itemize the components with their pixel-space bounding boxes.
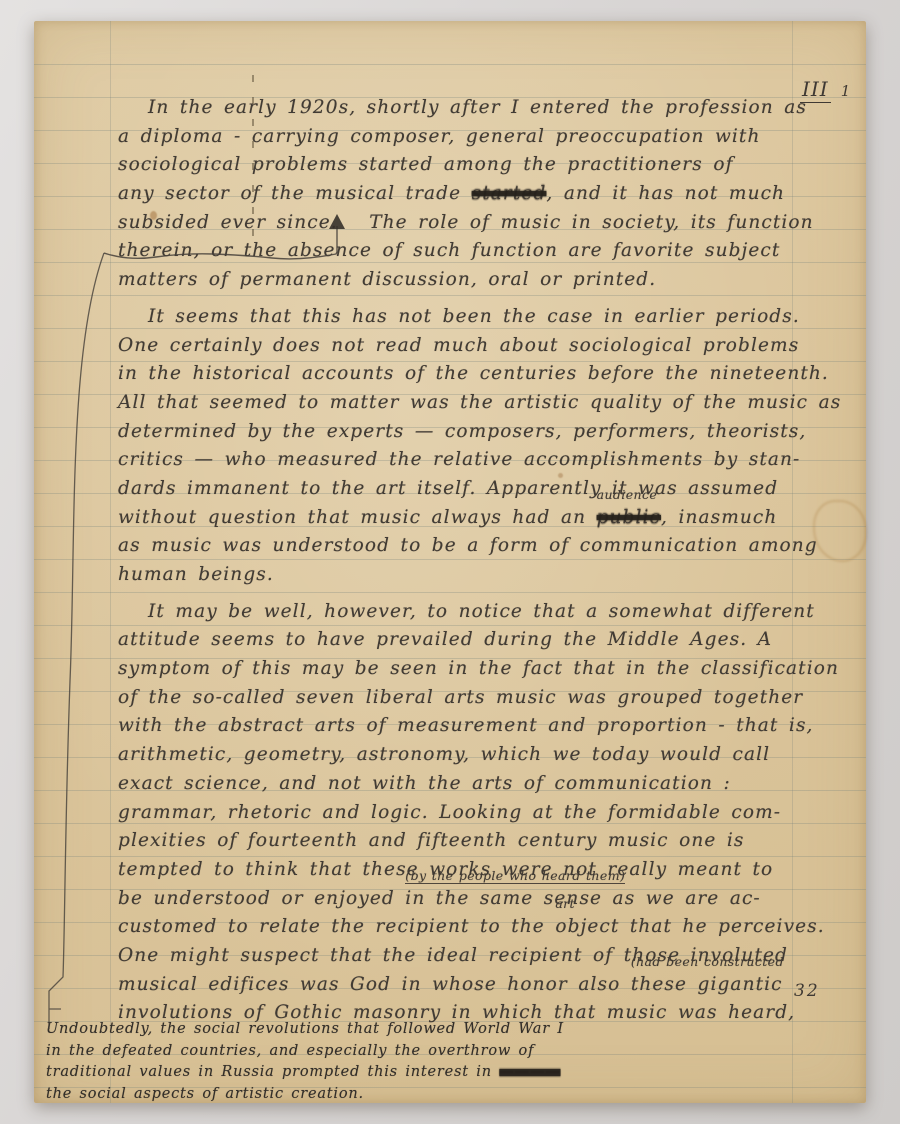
manuscript-line: sociological problems started among the … [118,152,834,181]
text-run: subsided ever since. The role of music i… [118,212,814,233]
text-run: in the same sense as we are ac- [405,888,760,909]
footnote-line: the social aspects of artistic creation. [46,1084,726,1106]
struck-word: started [472,183,547,204]
text-run: be understood or enjoyed [118,888,405,909]
text-run: attitude seems to have prevailed during … [118,629,772,650]
manuscript-line: therein, or the absence of such function… [118,238,834,267]
manuscript-page: III1 In the early 1920s, shortly after I… [34,21,866,1103]
text-run: arithmetic, geometry, astronomy, which w… [118,744,770,765]
text-run: in the historical accounts of the centur… [118,363,829,384]
manuscript-line: any sector of the musical trade started,… [118,181,834,210]
text-run: grammar, rhetoric and logic. Looking at … [118,802,781,823]
manuscript-line: arithmetic, geometry, astronomy, which w… [118,742,834,771]
manuscript-line: In the early 1920s, shortly after I ente… [118,95,834,124]
top-page-numeral: 1 [841,82,852,100]
text-run: In the early 1920s, shortly after I ente… [148,97,807,118]
text-run: these gigantic [631,974,783,995]
manuscript-line: One certainly does not read much about s… [118,333,834,362]
manuscript-line: All that seemed to matter was the artist… [118,390,834,419]
manuscript-footnote: Undoubtedly, the social revolutions that… [46,1019,726,1105]
manuscript-line: dards immanent to the art itself. Appare… [118,476,834,505]
text-run: a diploma - carrying composer, general p… [118,126,760,147]
manuscript-line: without question that music always had a… [118,505,834,534]
scanned-manuscript-screenshot: { "colors": { "ink": "#3f3933", "paper":… [0,0,900,1124]
manuscript-line: with the abstract arts of measurement an… [118,713,834,742]
manuscript-line: grammar, rhetoric and logic. Looking at … [118,800,834,829]
left-margin-rule [110,21,111,1103]
manuscript-line: It may be well, however, to notice that … [118,599,834,628]
text-run: It seems that this has not been the case… [148,306,800,327]
text-run: It may be well, however, to notice that … [148,601,815,622]
text-run: any sector of the musical trade [118,183,472,204]
text-run: customed to relate the recipient to the [118,916,555,937]
text-run: symptom of this may be seen in the fact … [118,658,839,679]
text-run: musical edifices was God in whose honor … [118,974,631,995]
text-run: of the so-called seven liberal arts musi… [118,687,803,708]
manuscript-line: be understood or enjoyed (by the people … [118,886,834,915]
manuscript-line: determined by the experts — composers, p… [118,419,834,448]
text-run: , inasmuch [661,507,777,528]
text-run: human beings. [118,564,274,585]
manuscript-line: plexities of fourteenth and fifteenth ce… [118,828,834,857]
inserted-text: art [555,898,575,910]
footnote-line: Undoubtedly, the social revolutions that… [46,1019,726,1041]
manuscript-line: subsided ever since. The role of music i… [118,210,834,239]
manuscript-line: critics — who measured the relative acco… [118,447,834,476]
manuscript-line: symptom of this may be seen in the fact … [118,656,834,685]
manuscript-line: human beings. [118,562,834,591]
text-run: determined by the experts — composers, p… [118,421,806,442]
manuscript-line: of the so-called seven liberal arts musi… [118,685,834,714]
text-run: in the defeated countries, and especiall… [46,1043,534,1059]
footnote-line: traditional values in Russia prompted th… [46,1062,726,1084]
manuscript-line: It seems that this has not been the case… [118,304,834,333]
text-run: critics — who measured the relative acco… [118,449,800,470]
bottom-page-number: 32 [794,981,820,1001]
text-run: All that seemed to matter was the artist… [118,392,841,413]
manuscript-line: attitude seems to have prevailed during … [118,627,834,656]
manuscript-line: exact science, and not with the arts of … [118,771,834,800]
text-run: plexities of fourteenth and fifteenth ce… [118,830,745,851]
manuscript-line: customed to relate the recipient to the … [118,914,834,943]
inserted-text: (had been constructed [631,956,784,968]
footnote-line: in the defeated countries, and especiall… [46,1041,726,1063]
text-run: , and it has not much [546,183,785,204]
text-run: sociological problems started among the … [118,154,734,175]
text-run: object that he perceives. [555,916,824,937]
text-run: matters of permanent discussion, oral or… [118,269,656,290]
manuscript-line: matters of permanent discussion, oral or… [118,267,834,296]
manuscript-line: as music was understood to be a form of … [118,533,834,562]
text-run: traditional values in Russia prompted th… [46,1064,499,1080]
text-run: the social aspects of artistic creation. [46,1086,364,1102]
manuscript-line: a diploma - carrying composer, general p… [118,124,834,153]
inserted-text-underlined: (by the people who heard them) [405,870,625,884]
struck-word: public [597,507,661,528]
text-run: One certainly does not read much about s… [118,335,799,356]
text-run: dards immanent to the art itself. Appare… [118,478,778,499]
text-run: exact science, and not with the arts of … [118,773,731,794]
text-run: Undoubtedly, the social revolutions that… [46,1021,564,1037]
text-run: therein, or the absence of such function… [118,240,780,261]
manuscript-line: in the historical accounts of the centur… [118,361,834,390]
struck-word: ———— [499,1064,560,1080]
manuscript-body: In the early 1920s, shortly after I ente… [118,95,834,1029]
text-run: as music was understood to be a form of … [118,535,818,556]
text-run: with the abstract arts of measurement an… [118,715,814,736]
inserted-text: audience [597,489,658,501]
text-run: without question that music always had a… [118,507,597,528]
manuscript-line: musical edifices was God in whose honor … [118,972,834,1001]
